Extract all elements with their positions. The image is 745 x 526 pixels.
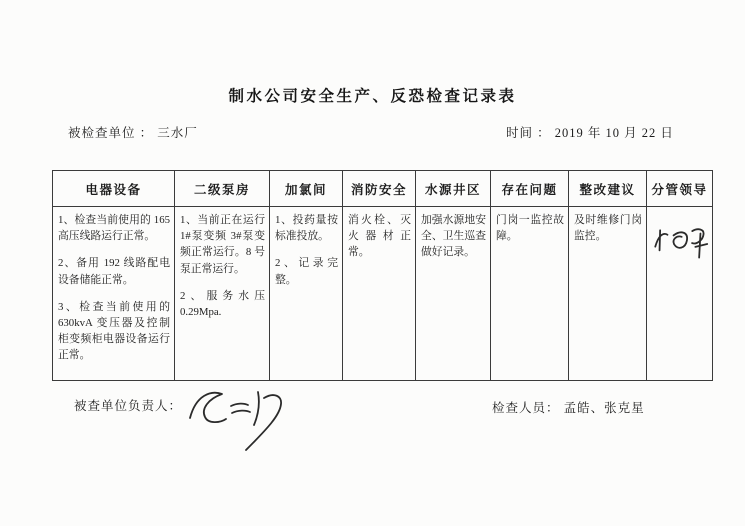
- suggestions-note: 及时维修门岗监控。: [574, 212, 642, 244]
- time-label: 时间 ：: [506, 126, 551, 140]
- column-header-chlorination-room: 加氯间: [270, 171, 343, 207]
- table-header-row: 电器设备 二级泵房 加氯间 消防安全 水源井区 存在问题 整改建议 分管领导: [53, 171, 713, 207]
- fire-safety-note: 消火栓、灭火器材正常。: [348, 212, 411, 261]
- chlorination-item-1: 1、投药量按标准投放。: [275, 212, 338, 244]
- electrical-item-1: 1、检查当前使用的 165 高压线路运行正常。: [58, 212, 170, 244]
- problems-note: 门岗一监控故障。: [496, 212, 564, 244]
- cell-water-source-area: 加强水源地安全、卫生巡查做好记录。: [416, 207, 491, 381]
- column-header-secondary-pump-room: 二级泵房: [175, 171, 270, 207]
- electrical-item-2: 2、备用 192 线路配电设备储能正常。: [58, 255, 170, 287]
- inspectors-value: 孟皓、张克星: [564, 401, 645, 415]
- handwritten-signature-responsible: [178, 382, 296, 454]
- inspection-record-sheet: 制水公司安全生产、反恐检查记录表 被检查单位 ： 三水厂 时间 ： 2019 年…: [0, 0, 745, 526]
- pump-room-item-2: 2、服务水压 0.29Mpa.: [180, 288, 265, 320]
- inspectors-field: 检查人员： 孟皓、张克星: [492, 398, 645, 416]
- cell-electrical-equipment: 1、检查当前使用的 165 高压线路运行正常。 2、备用 192 线路配电设备储…: [53, 207, 175, 381]
- cell-fire-safety: 消火栓、灭火器材正常。: [343, 207, 416, 381]
- cell-secondary-pump-room: 1、当前正在运行 1#泵变频 3#泵变频正常运行。8 号泵正常运行。 2、服务水…: [175, 207, 270, 381]
- column-header-water-source-area: 水源井区: [416, 171, 491, 207]
- cell-existing-problems: 门岗一监控故障。: [491, 207, 569, 381]
- chlorination-item-2: 2、记录完整。: [275, 255, 338, 287]
- electrical-item-3: 3、检查当前使用的 630kvA 变压器及控制柜变频柜电器设备运行正常。: [58, 299, 170, 364]
- water-source-note: 加强水源地安全、卫生巡查做好记录。: [421, 212, 486, 261]
- inspectors-label: 检查人员：: [492, 401, 560, 415]
- handwritten-signature-leader: [649, 219, 710, 265]
- column-header-fire-safety: 消防安全: [343, 171, 416, 207]
- inspected-unit-label: 被检查单位 ：: [68, 126, 153, 140]
- column-header-rectification-suggestions: 整改建议: [569, 171, 647, 207]
- inspected-unit-field: 被检查单位 ： 三水厂: [68, 123, 198, 141]
- cell-rectification-suggestions: 及时维修门岗监控。: [569, 207, 647, 381]
- table-body-row: 1、检查当前使用的 165 高压线路运行正常。 2、备用 192 线路配电设备储…: [53, 207, 713, 381]
- page-title: 制水公司安全生产、反恐检查记录表: [0, 84, 745, 106]
- column-header-electrical-equipment: 电器设备: [53, 171, 175, 207]
- responsible-person-label: 被查单位负责人：: [74, 396, 182, 414]
- inspection-time-field: 时间 ： 2019 年 10 月 22 日: [506, 123, 674, 141]
- cell-supervising-leader-signature: [647, 207, 713, 381]
- pump-room-item-1: 1、当前正在运行 1#泵变频 3#泵变频正常运行。8 号泵正常运行。: [180, 212, 265, 277]
- inspection-record-table: 电器设备 二级泵房 加氯间 消防安全 水源井区 存在问题 整改建议 分管领导 1…: [52, 170, 713, 381]
- inspected-unit-value: 三水厂: [157, 126, 198, 140]
- column-header-supervising-leader: 分管领导: [647, 171, 713, 207]
- column-header-existing-problems: 存在问题: [491, 171, 569, 207]
- cell-chlorination-room: 1、投药量按标准投放。 2、记录完整。: [270, 207, 343, 381]
- time-value: 2019 年 10 月 22 日: [555, 126, 674, 140]
